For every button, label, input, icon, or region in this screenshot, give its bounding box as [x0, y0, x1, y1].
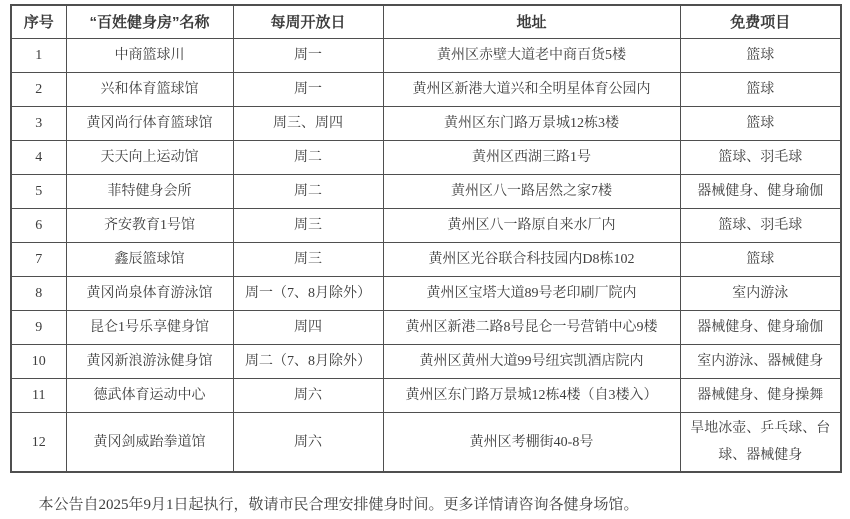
cell-free: 室内游泳、器械健身 [680, 345, 841, 379]
table-row: 9 昆仑1号乐享健身馆 周四 黄州区新港二路8号昆仑一号营销中心9楼 器械健身、… [11, 311, 841, 345]
cell-name: 黄冈尚行体育篮球馆 [66, 107, 233, 141]
cell-address: 黄州区光谷联合科技园内D8栋102 [383, 243, 680, 277]
cell-address: 黄州区八一路原自来水厂内 [383, 209, 680, 243]
cell-address: 黄州区东门路万景城12栋3楼 [383, 107, 680, 141]
cell-no: 1 [11, 39, 66, 73]
cell-no: 8 [11, 277, 66, 311]
cell-free: 篮球、羽毛球 [680, 209, 841, 243]
cell-name: 齐安教育1号馆 [66, 209, 233, 243]
cell-days: 周一（7、8月除外） [233, 277, 383, 311]
cell-free: 旱地冰壶、乒乓球、台球、器械健身 [680, 413, 841, 473]
table-row: 5 菲特健身会所 周二 黄州区八一路居然之家7楼 器械健身、健身瑜伽 [11, 175, 841, 209]
table-row: 1 中商篮球川 周一 黄州区赤壁大道老中商百货5楼 篮球 [11, 39, 841, 73]
cell-no: 12 [11, 413, 66, 473]
table-row: 10 黄冈新浪游泳健身馆 周二（7、8月除外） 黄州区黄州大道99号纽宾凯酒店院… [11, 345, 841, 379]
table-row: 4 天天向上运动馆 周二 黄州区西湖三路1号 篮球、羽毛球 [11, 141, 841, 175]
column-header-days: 每周开放日 [233, 5, 383, 39]
cell-no: 11 [11, 379, 66, 413]
cell-days: 周三、周四 [233, 107, 383, 141]
cell-address: 黄州区宝塔大道89号老印刷厂院内 [383, 277, 680, 311]
cell-address: 黄州区黄州大道99号纽宾凯酒店院内 [383, 345, 680, 379]
column-header-no: 序号 [11, 5, 66, 39]
cell-address: 黄州区东门路万景城12栋4楼（自3楼入） [383, 379, 680, 413]
cell-days: 周四 [233, 311, 383, 345]
cell-name: 兴和体育篮球馆 [66, 73, 233, 107]
cell-free: 器械健身、健身瑜伽 [680, 175, 841, 209]
cell-free: 器械健身、健身瑜伽 [680, 311, 841, 345]
cell-name: 昆仑1号乐享健身馆 [66, 311, 233, 345]
cell-no: 5 [11, 175, 66, 209]
cell-free: 篮球 [680, 243, 841, 277]
cell-address: 黄州区八一路居然之家7楼 [383, 175, 680, 209]
cell-free: 篮球、羽毛球 [680, 141, 841, 175]
cell-name: 鑫辰篮球馆 [66, 243, 233, 277]
table-row: 6 齐安教育1号馆 周三 黄州区八一路原自来水厂内 篮球、羽毛球 [11, 209, 841, 243]
cell-no: 4 [11, 141, 66, 175]
cell-days: 周一 [233, 73, 383, 107]
cell-name: 菲特健身会所 [66, 175, 233, 209]
cell-days: 周六 [233, 379, 383, 413]
cell-no: 7 [11, 243, 66, 277]
cell-days: 周二 [233, 141, 383, 175]
cell-address: 黄州区新港大道兴和全明星体育公园内 [383, 73, 680, 107]
cell-name: 黄冈剑威跆拳道馆 [66, 413, 233, 473]
table-row: 3 黄冈尚行体育篮球馆 周三、周四 黄州区东门路万景城12栋3楼 篮球 [11, 107, 841, 141]
cell-days: 周一 [233, 39, 383, 73]
cell-no: 2 [11, 73, 66, 107]
table-row: 7 鑫辰篮球馆 周三 黄州区光谷联合科技园内D8栋102 篮球 [11, 243, 841, 277]
table-header-row: 序号 “百姓健身房”名称 每周开放日 地址 免费项目 [11, 5, 841, 39]
table-row: 2 兴和体育篮球馆 周一 黄州区新港大道兴和全明星体育公园内 篮球 [11, 73, 841, 107]
notice-page: 序号 “百姓健身房”名称 每周开放日 地址 免费项目 1 中商篮球川 周一 黄州… [0, 0, 850, 519]
table-body: 1 中商篮球川 周一 黄州区赤壁大道老中商百货5楼 篮球 2 兴和体育篮球馆 周… [11, 39, 841, 473]
table-row: 11 德武体育运动中心 周六 黄州区东门路万景城12栋4楼（自3楼入） 器械健身… [11, 379, 841, 413]
cell-name: 天天向上运动馆 [66, 141, 233, 175]
column-header-free: 免费项目 [680, 5, 841, 39]
cell-address: 黄州区西湖三路1号 [383, 141, 680, 175]
cell-no: 6 [11, 209, 66, 243]
cell-free: 室内游泳 [680, 277, 841, 311]
cell-address: 黄州区新港二路8号昆仑一号营销中心9楼 [383, 311, 680, 345]
cell-free: 篮球 [680, 107, 841, 141]
cell-days: 周二（7、8月除外） [233, 345, 383, 379]
cell-name: 德武体育运动中心 [66, 379, 233, 413]
gym-schedule-table: 序号 “百姓健身房”名称 每周开放日 地址 免费项目 1 中商篮球川 周一 黄州… [10, 4, 842, 473]
cell-name: 黄冈新浪游泳健身馆 [66, 345, 233, 379]
cell-free: 器械健身、健身操舞 [680, 379, 841, 413]
cell-name: 中商篮球川 [66, 39, 233, 73]
table-row: 12 黄冈剑威跆拳道馆 周六 黄州区考棚街40-8号 旱地冰壶、乒乓球、台球、器… [11, 413, 841, 473]
table-row: 8 黄冈尚泉体育游泳馆 周一（7、8月除外） 黄州区宝塔大道89号老印刷厂院内 … [11, 277, 841, 311]
cell-free: 篮球 [680, 73, 841, 107]
cell-days: 周二 [233, 175, 383, 209]
cell-address: 黄州区赤壁大道老中商百货5楼 [383, 39, 680, 73]
cell-free: 篮球 [680, 39, 841, 73]
cell-no: 9 [11, 311, 66, 345]
cell-days: 周三 [233, 243, 383, 277]
effective-date-notice: 本公告自2025年9月1日起执行，敬请市民合理安排健身时间。更多详情请咨询各健身… [10, 494, 840, 516]
cell-no: 10 [11, 345, 66, 379]
cell-name: 黄冈尚泉体育游泳馆 [66, 277, 233, 311]
cell-address: 黄州区考棚街40-8号 [383, 413, 680, 473]
column-header-name: “百姓健身房”名称 [66, 5, 233, 39]
cell-days: 周三 [233, 209, 383, 243]
cell-no: 3 [11, 107, 66, 141]
column-header-address: 地址 [383, 5, 680, 39]
cell-days: 周六 [233, 413, 383, 473]
header-row: 序号 “百姓健身房”名称 每周开放日 地址 免费项目 [11, 5, 841, 39]
